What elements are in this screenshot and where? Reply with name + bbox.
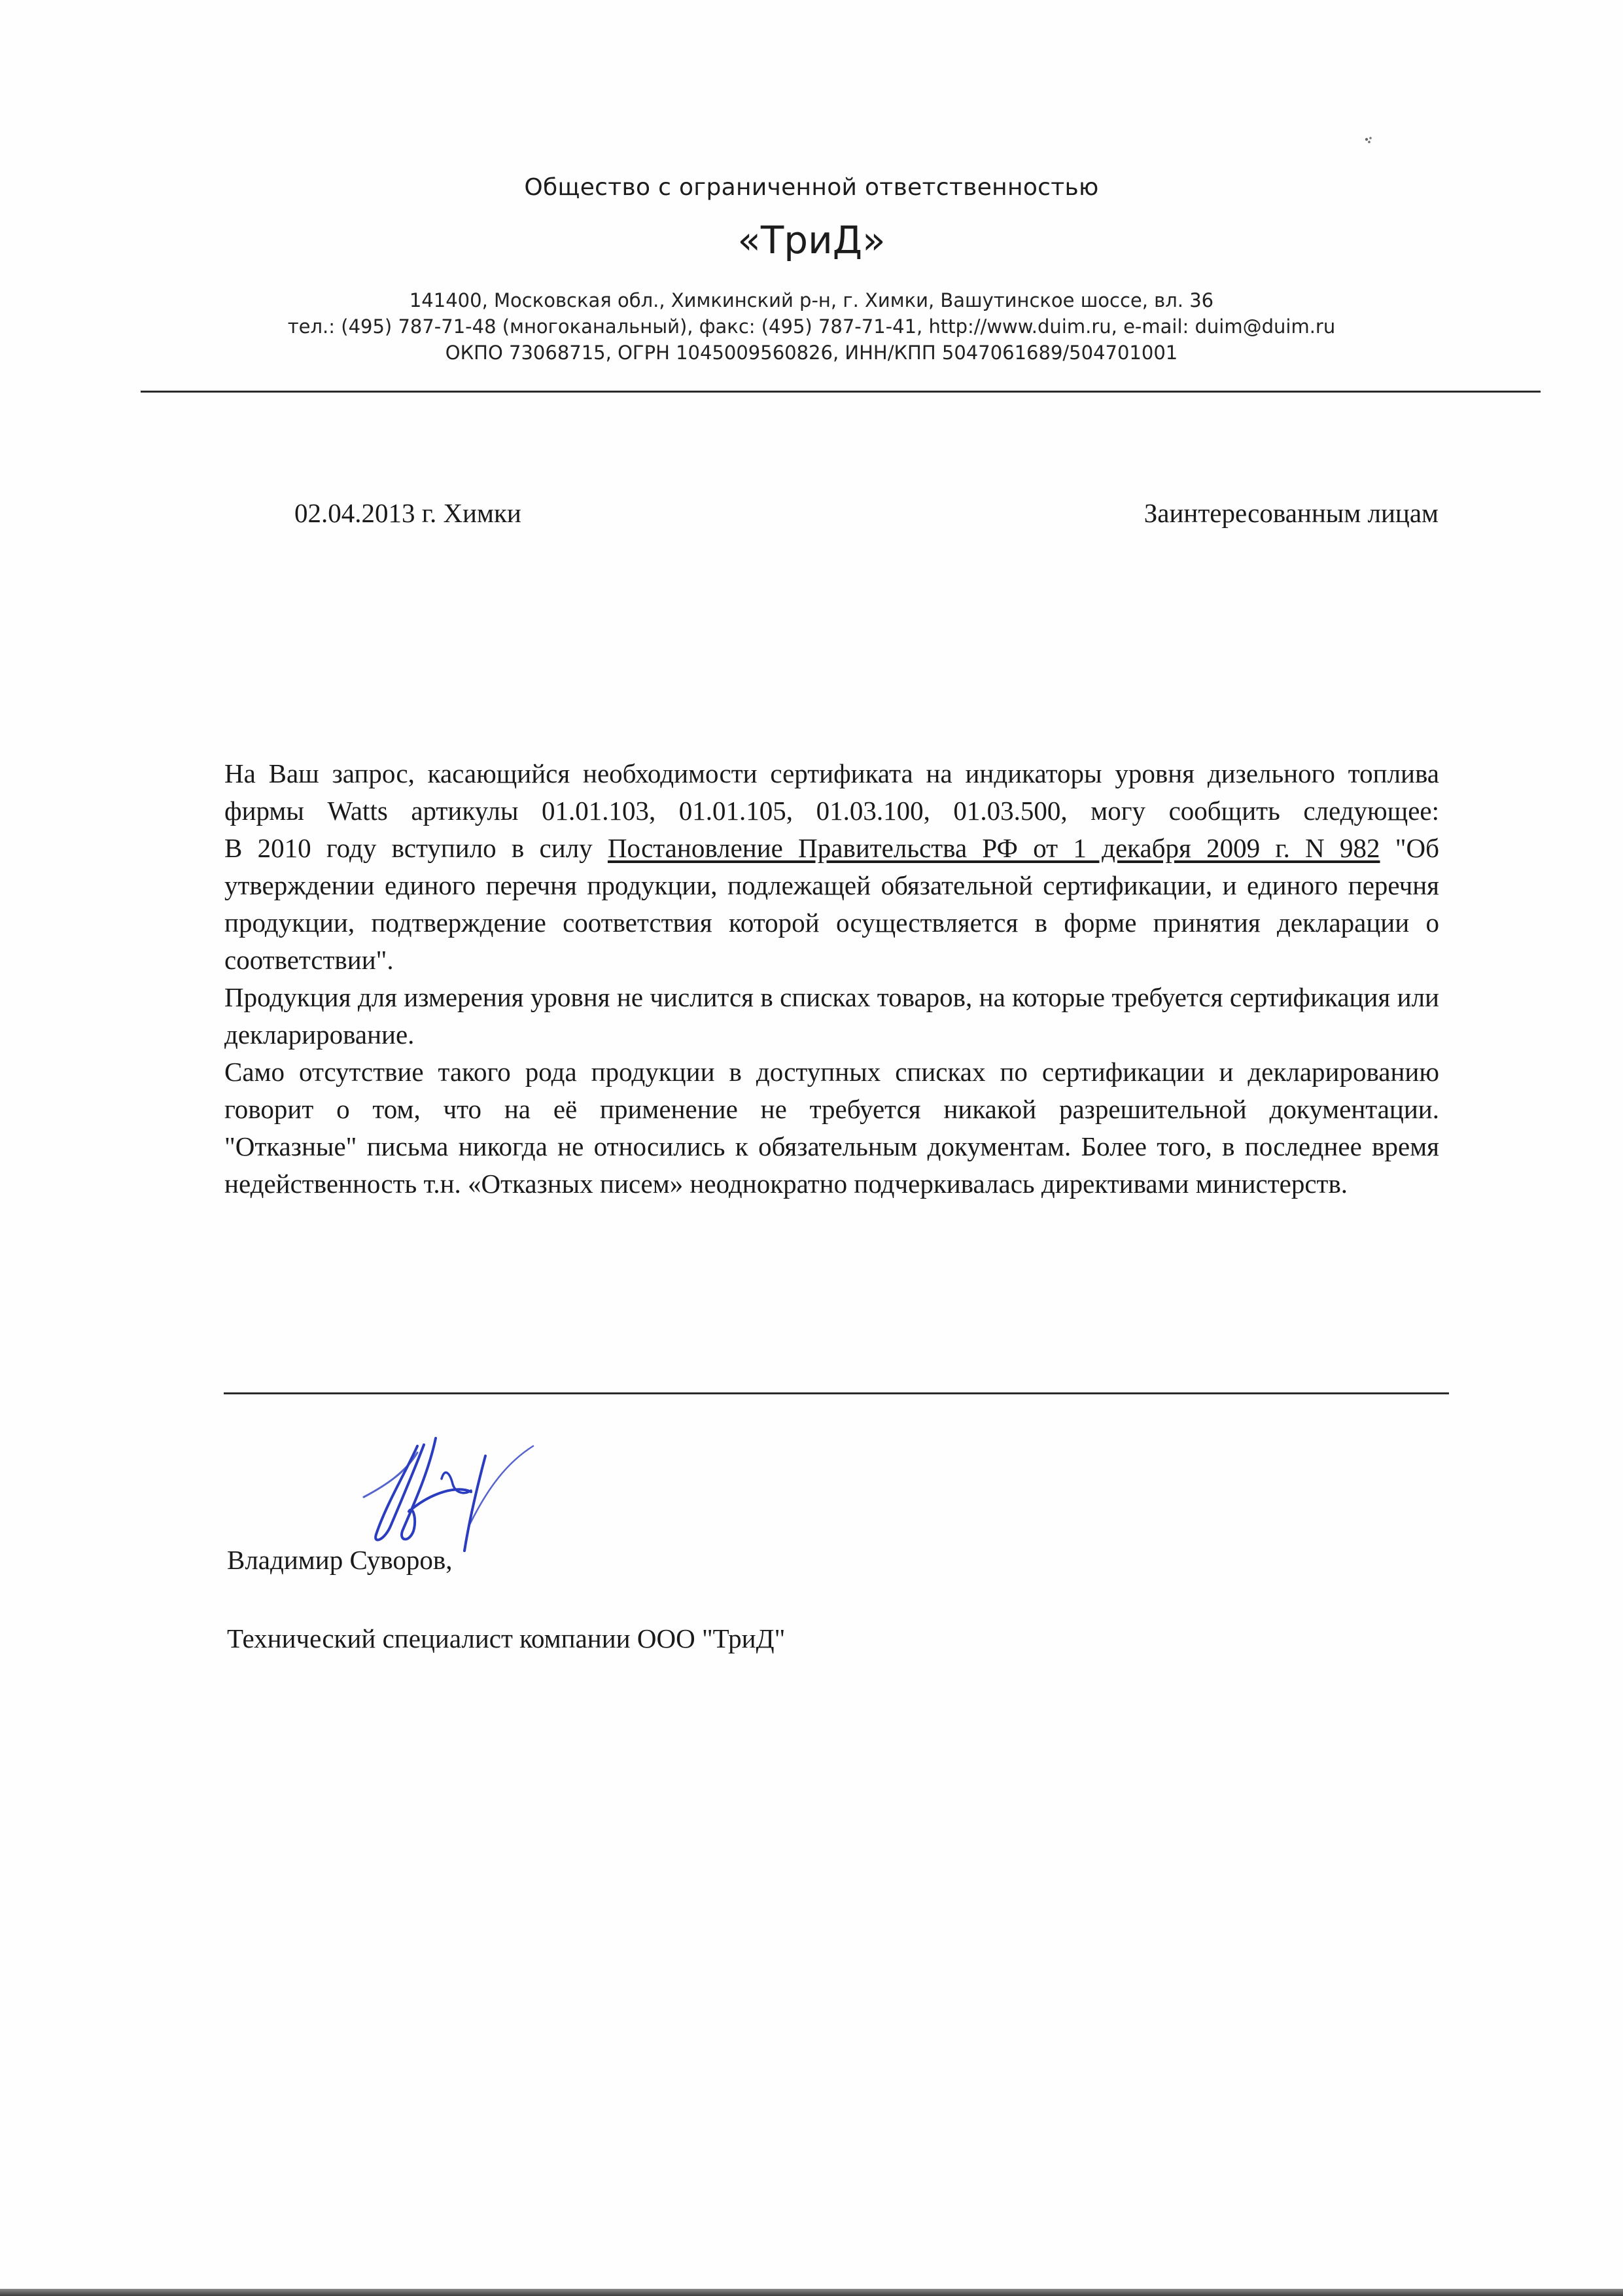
company-name: «ТриД» — [0, 218, 1623, 262]
paragraph-not-listed: Продукция для измерения уровня не числит… — [224, 979, 1439, 1053]
company-registration-codes: ОКПО 73068715, ОГРН 1045009560826, ИНН/К… — [0, 342, 1623, 364]
signature-divider — [224, 1392, 1449, 1394]
header-divider — [141, 391, 1541, 393]
scanner-edge — [0, 2289, 1623, 2296]
signer-title: Технический специалист компании ООО "Три… — [227, 1623, 785, 1654]
handwritten-signature-icon — [340, 1426, 536, 1557]
letter-page: Общество с ограниченной ответственностью… — [0, 0, 1623, 2296]
addressee: Заинтересованным лицам — [1144, 497, 1439, 529]
regulation-reference-link[interactable]: Постановление Правительства РФ от 1 дека… — [608, 833, 1380, 863]
company-type: Общество с ограниченной ответственностью — [0, 174, 1623, 201]
paragraph-request: На Ваш запрос, касающийся необходимости … — [224, 755, 1439, 830]
company-contacts: тел.: (495) 787-71-48 (многоканальный), … — [0, 315, 1623, 338]
regulation-intro: В 2010 году вступило в силу — [224, 833, 608, 863]
paragraph-refusal-letters: "Отказные" письма никогда не относились … — [224, 1128, 1439, 1203]
company-address: 141400, Московская обл., Химкинский р-н,… — [0, 289, 1623, 311]
paragraph-no-permits: Само отсутствие такого рода продукции в … — [224, 1053, 1439, 1128]
scan-speck-icon — [1365, 136, 1374, 144]
date-place: 02.04.2013 г. Химки — [294, 497, 521, 529]
paragraph-regulation: В 2010 году вступило в силу Постановлени… — [224, 830, 1439, 979]
signer-name: Владимир Суворов, — [227, 1544, 452, 1576]
letter-body: На Ваш запрос, касающийся необходимости … — [224, 755, 1439, 1203]
